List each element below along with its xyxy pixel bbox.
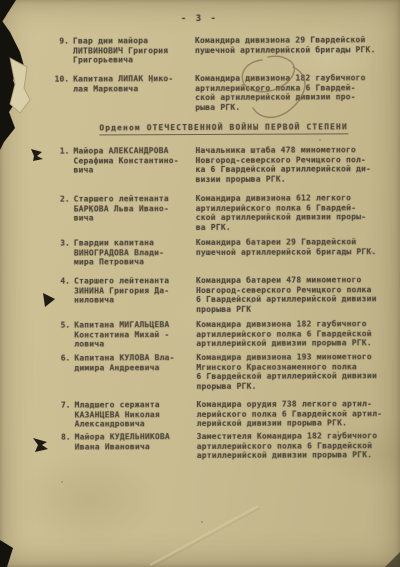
entry-position: Заместителя Командира 182 гаубичного арт… (197, 431, 393, 460)
entry-name: Младшего сержанта КАЗАНЦЕВА Николая Алек… (75, 400, 197, 429)
entry-row: 7. Младшего сержанта КАЗАНЦЕВА Николая А… (47, 399, 393, 429)
entry-row: 3. Гвардии капитана ВИНОГРАДОВА Влади- м… (46, 237, 392, 267)
entry-name: Старшего лейтенанта ЗИНИНА Григория Да- … (74, 276, 196, 305)
entry-row: 6. Капитана КУЛОВА Вла- димира Андреевич… (46, 352, 392, 392)
entry-number: 10. (45, 75, 73, 85)
entry-number: 2. (46, 195, 74, 205)
entry-row: 8. Майора КУДЕЛЬНИКОВА Ивана Ивановича З… (47, 431, 393, 461)
entry-row: 5. Капитана МИГАЛЬЦЕВА Константина Михай… (46, 319, 392, 349)
entry-row: 4. Старшего лейтенанта ЗИНИНА Григория Д… (46, 275, 392, 315)
entry-name: Капитана ЛИПАК Нико- лая Марковича (73, 74, 195, 94)
entry-position: Командира дивизиона 612 легкого артиллер… (196, 193, 392, 232)
page-number: - 3 - (181, 14, 218, 24)
entry-row: 9. Гвар дии майора ЛИТВИНОВИЧ Григория Г… (45, 35, 391, 65)
entry-number: 4. (46, 277, 74, 287)
entry-position: Начальника штаба 478 минометного Новгоро… (195, 145, 391, 184)
entry-name: Майора АЛЕКСАНДРОВА Серафима Константино… (73, 146, 195, 175)
entry-number: 3. (46, 239, 74, 249)
entry-name: Гвардии капитана ВИНОГРАДОВА Влади- мира… (74, 238, 196, 267)
entry-name: Майора КУДЕЛЬНИКОВА Ивана Ивановича (75, 432, 197, 452)
entry-position: Командира дивизиона 29 Гвардейской пушеч… (195, 35, 391, 55)
entry-name: Капитана МИГАЛЬЦЕВА Константина Михай - … (74, 320, 196, 349)
entry-position: Командира дивизиона 182 гаубичного артил… (195, 73, 391, 112)
entry-row: 1. Майора АЛЕКСАНДРОВА Серафима Констант… (45, 145, 391, 185)
entry-position: Командира дивизиона 193 минометного Мгин… (196, 352, 392, 391)
entry-position: Командира орудия 738 легкого артил- лери… (197, 399, 393, 428)
entry-number: 1. (45, 147, 73, 157)
entry-row: 2. Старшего лейтенанта БАРКОВА Льва Иван… (46, 193, 392, 233)
entry-position: Командира батареи 478 минометного Новгор… (196, 275, 392, 314)
entry-position: Командира батареи 29 Гвардейской пушечно… (196, 237, 392, 257)
entry-number: 7. (47, 401, 75, 411)
entry-row: 10. Капитана ЛИПАК Нико- лая Марковича К… (45, 73, 391, 113)
entry-number: 6. (46, 354, 74, 364)
typewritten-text-layer: - 3 - 9. Гвар дии майора ЛИТВИНОВИЧ Григ… (0, 0, 400, 567)
entry-name: Старшего лейтенанта БАРКОВА Льва Ивано- … (74, 194, 196, 223)
entry-name: Капитана КУЛОВА Вла- димира Андреевича (74, 353, 196, 373)
award-section-heading: Орденом ОТЕЧЕСТВЕННОЙ ВОЙНЫ ПЕРВОЙ СТЕПЕ… (99, 122, 348, 135)
entry-number: 9. (45, 37, 73, 47)
entry-position: Командира дивизиона 182 гаубичного артил… (196, 319, 392, 348)
entry-number: 5. (46, 321, 74, 331)
entry-name: Гвар дии майора ЛИТВИНОВИЧ Григория Григ… (73, 36, 195, 65)
entry-number: 8. (47, 433, 75, 443)
